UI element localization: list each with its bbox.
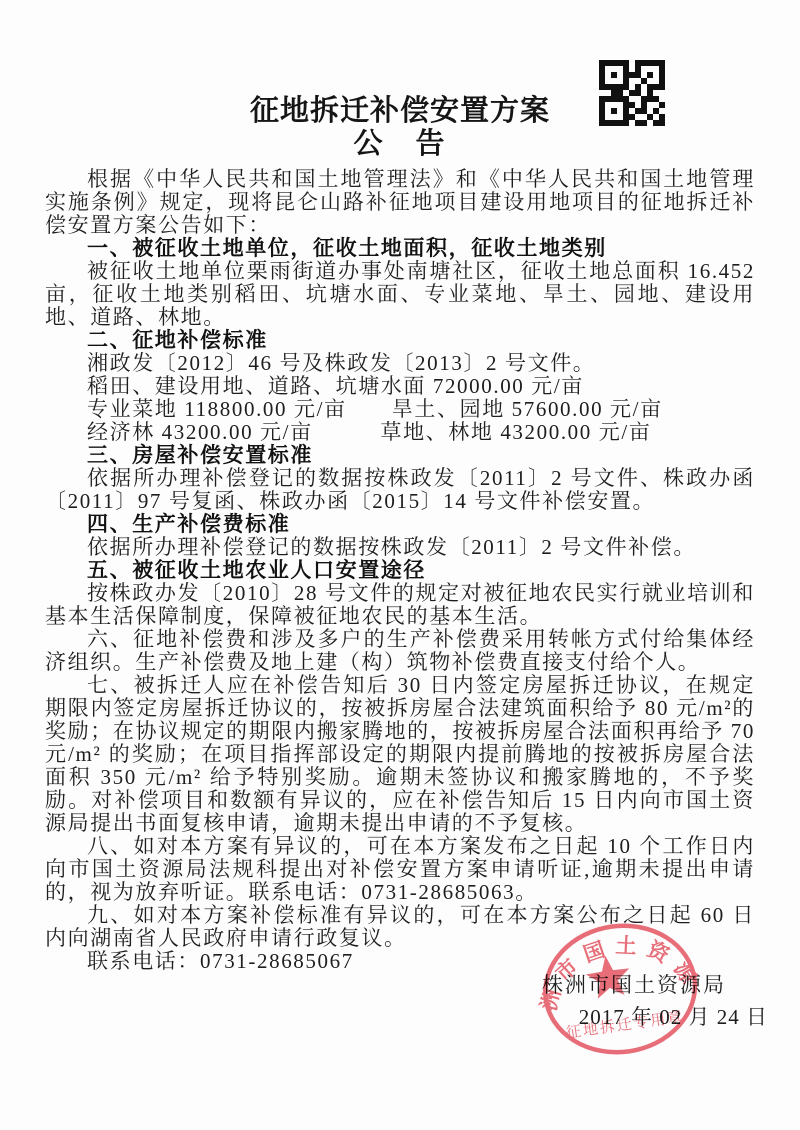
section-1-heading: 一、被征收土地单位，征收土地面积，征收土地类别 — [45, 237, 755, 260]
section-2-doc-ref: 湘政发〔2012〕46 号及株政发〔2013〕2 号文件。 — [45, 352, 755, 375]
document-subtitle: 公 告 — [0, 128, 800, 160]
section-3-body: 依据所办理补偿登记的数据按株政发〔2011〕2 号文件、株政办函〔2011〕97… — [45, 467, 755, 513]
section-2-heading: 二、征地补偿标准 — [45, 329, 755, 352]
price-line-3: 经济林 43200.00 元/亩 草地、林地 43200.00 元/亩 — [45, 421, 755, 444]
intro-paragraph: 根据《中华人民共和国土地管理法》和《中华人民共和国土地管理实施条例》规定，现将昆… — [45, 168, 755, 237]
section-5-heading: 五、被征收土地农业人口安置途径 — [45, 559, 755, 582]
price-line-1: 稻田、建设用地、道路、坑塘水面 72000.00 元/亩 — [45, 375, 755, 398]
section-6-paragraph: 六、征地补偿费和涉及多户的生产补偿费采用转帐方式付给集体经济组织。生产补偿费及地… — [45, 628, 755, 674]
section-4-body: 依据所办理补偿登记的数据按株政发〔2011〕2 号文件补偿。 — [45, 536, 755, 559]
document-title: 征地拆迁补偿安置方案 — [0, 94, 800, 128]
document-page: 征地拆迁补偿安置方案 公 告 根据《中华人民共和国土地管理法》和《中华人民共和国… — [0, 0, 800, 1130]
section-7-paragraph: 七、被拆迁人应在补偿告知后 30 日内签定房屋拆迁协议，在规定期限内签定房屋拆迁… — [45, 674, 755, 835]
section-5-body: 按株政办发〔2010〕28 号文件的规定对被征地农民实行就业培训和基本生活保障制… — [45, 582, 755, 628]
section-4-heading: 四、生产补偿费标准 — [45, 513, 755, 536]
official-seal: 株洲市国土资源局 征地拆迁专用章 — [517, 894, 722, 1082]
qr-code — [599, 60, 665, 126]
section-1-body: 被征收土地单位栗雨街道办事处南塘社区，征收土地总面积 16.452 亩，征收土地… — [45, 260, 755, 329]
section-3-heading: 三、房屋补偿安置标准 — [45, 444, 755, 467]
document-body: 根据《中华人民共和国土地管理法》和《中华人民共和国土地管理实施条例》规定，现将昆… — [45, 168, 755, 973]
section-8-paragraph: 八、如对本方案有异议的，可在本方案发布之日起 10 个工作日内向市国土资源局法规… — [45, 835, 755, 904]
price-line-2: 专业菜地 118800.00 元/亩 旱土、园地 57600.00 元/亩 — [45, 398, 755, 421]
title-block: 征地拆迁补偿安置方案 公 告 — [0, 0, 800, 160]
